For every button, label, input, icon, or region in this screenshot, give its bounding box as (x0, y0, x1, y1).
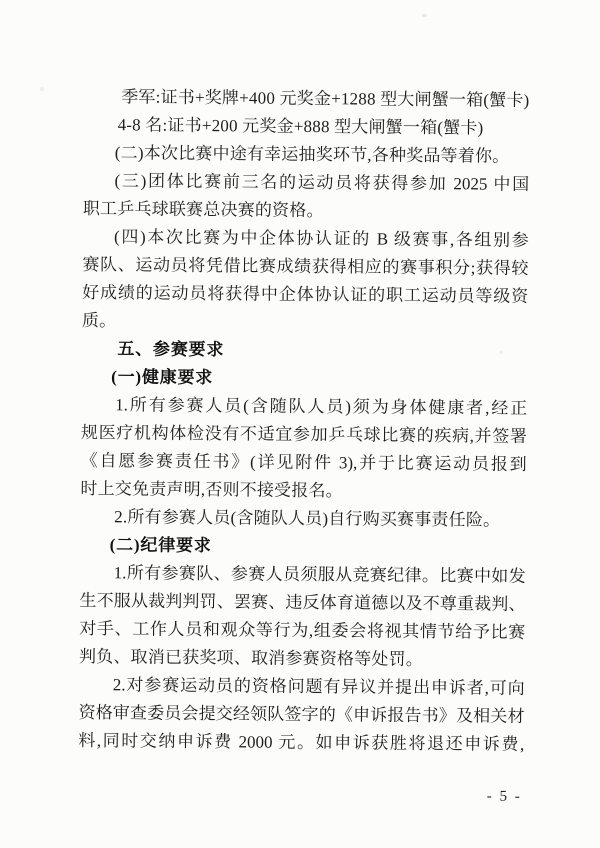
document-line: (四)本次比赛为中企体协认证的 B 级赛事,各组别参 (83, 223, 529, 255)
document-line: 职工乒乓球联赛总决赛的资格。 (83, 195, 529, 227)
document-line: 料,同时交纳申诉费 2000 元。如申诉获胜将退还申诉费, (78, 727, 524, 759)
document-line: 2.对参赛运动员的资格问题有异议并提出申诉者,可向 (79, 671, 525, 703)
heading-health-requirements: (一)健康要求 (81, 363, 527, 395)
document-line: 好成绩的运动员将获得中企体协认证的职工运动员等级资 (82, 279, 528, 311)
scan-speck (422, 14, 427, 17)
document-line: 质。 (82, 307, 528, 339)
page-number: - 5 - (487, 789, 522, 806)
document-line: (二)本次比赛中途有幸运抽奖环节,各种奖品等着你。 (83, 139, 529, 171)
scan-speck (40, 87, 44, 91)
document-line: 生不服从裁判判罚、罢赛、违反体育道德以及不尊重裁判、 (79, 587, 525, 619)
heading-section-5: 五、参赛要求 (82, 335, 528, 367)
document-line: 季军:证书+奖牌+400 元奖金+1288 型大闸蟹一箱(蟹卡) (84, 83, 530, 115)
document-line: 《自愿参赛责任书》(详见附件 3),并于比赛运动员报到 (81, 447, 527, 479)
document-line: 规医疗机构体检没有不适宜参加乒乓球比赛的疾病,并签署 (81, 419, 527, 451)
document-line: 判负、取消已获奖项、取消参赛资格等处罚。 (79, 643, 525, 675)
document-line: 对手、工作人员和观众等行为,组委会将视其情节给予比赛 (79, 615, 525, 647)
document-line: 1.所有参赛人员(含随队人员)须为身体健康者,经正 (81, 391, 527, 423)
document-line: (三)团体比赛前三名的运动员将获得参加 2025 中国 (83, 167, 529, 199)
scanned-document-page: { "page_number": "- 5 -", "doc": { "line… (0, 0, 600, 848)
document-line: 4-8 名:证书+200 元奖金+888 型大闸蟹一箱(蟹卡) (84, 111, 530, 143)
document-line: 2.所有参赛人员(含随队人员)自行购买赛事责任险。 (80, 503, 526, 535)
document-line: 资格审查委员会提交经领队签字的《申诉报告书》及相关材 (78, 699, 524, 731)
document-line: 时上交免责声明,否则不接受报名。 (80, 475, 526, 507)
document-text-block: 季军:证书+奖牌+400 元奖金+1288 型大闸蟹一箱(蟹卡) 4-8 名:证… (77, 83, 530, 847)
document-line: 赛队、运动员将凭借比赛成绩获得相应的赛事积分;获得较 (82, 251, 528, 283)
document-line: 1.所有参赛队、参赛人员须服从竞赛纪律。比赛中如发 (80, 559, 526, 591)
heading-discipline-requirements: (二)纪律要求 (80, 531, 526, 563)
